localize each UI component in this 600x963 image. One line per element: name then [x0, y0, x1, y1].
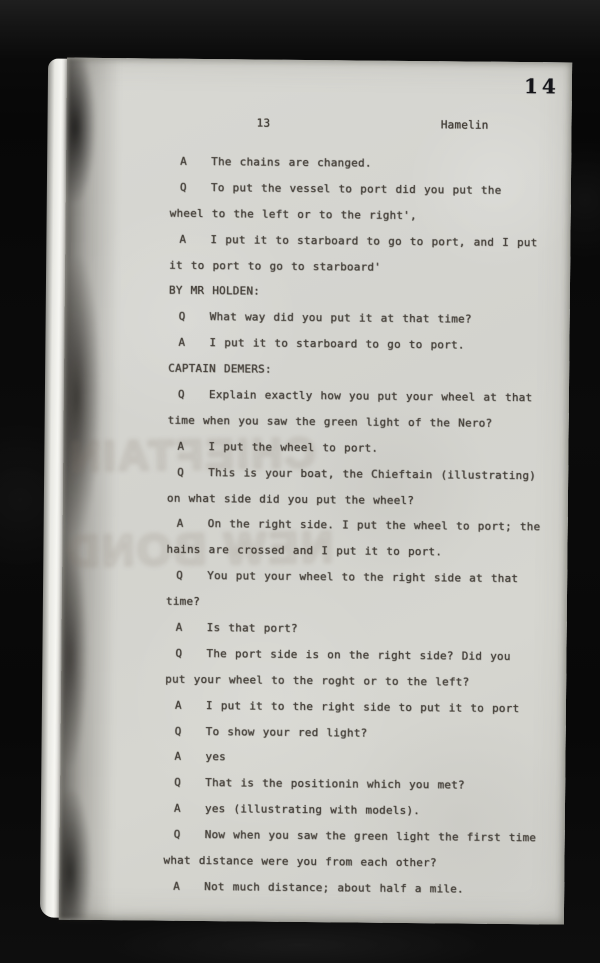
transcript-line: what distance were you from each other? [163, 848, 553, 878]
transcript-line: AI put the wheel to port. [167, 433, 557, 463]
transcript-line: QNow when you saw the green light the fi… [164, 822, 554, 852]
transcript-line: time when you saw the green light of the… [168, 408, 558, 438]
speaker-label: Q [174, 770, 205, 796]
witness-name: Hamelin [441, 118, 489, 131]
line-text: yes (illustrating with models). [205, 802, 420, 817]
speaker-label: Q [176, 563, 207, 589]
line-text: I put the wheel to port. [208, 440, 378, 455]
line-text: I put it to starboard to go to port, and… [210, 233, 537, 249]
line-text: I put it to the right side to put it to … [206, 699, 520, 715]
speaker-label: Q [175, 718, 206, 744]
line-text: Is that port? [207, 621, 298, 635]
line-text: What way did you put it at that time? [210, 310, 472, 326]
transcript-line: QThe port side is on the right side? Did… [165, 641, 555, 671]
speaker-label: A [174, 744, 205, 770]
transcript-line: time? [166, 589, 556, 619]
transcript-line: hains are crossed and I put it to port. [166, 537, 556, 567]
speaker-label: A [179, 226, 210, 252]
line-text: Now when you saw the green light the fir… [205, 828, 537, 844]
line-text: This is your boat, the Chieftain (illust… [208, 466, 536, 482]
line-text: You put your wheel to the right side at … [207, 569, 518, 585]
transcript-line: QThat is the positionin which you met? [164, 770, 554, 800]
transcript-line: QExplain exactly how you put your wheel … [168, 382, 558, 412]
line-text: wheel to the left or to the right', [170, 206, 417, 221]
transcript-line: QYou put your wheel to the right side at… [166, 563, 556, 593]
scan-page: CHIEFTAIN NEW BOND 14 13 Hamelin AThe ch… [40, 58, 572, 925]
transcript-line: QTo show your red light? [165, 718, 555, 748]
line-text: To show your red light? [206, 725, 368, 740]
line-text: The port side is on the right side? Did … [206, 647, 510, 663]
transcript-line: AI put it to starboard to go to port. [168, 330, 558, 360]
gutter-shadow [59, 58, 121, 920]
line-text: BY MR HOLDEN: [169, 284, 260, 298]
transcript-line: AOn the right side. I put the wheel to p… [167, 511, 557, 541]
line-text: time when you saw the green light of the… [168, 414, 493, 430]
transcript-line: AI put it to starboard to go to port, an… [169, 226, 559, 256]
speaker-label: A [180, 149, 211, 175]
speaker-label: Q [180, 175, 211, 201]
speaker-label: A [177, 511, 208, 537]
examiner-heading: CAPTAIN DEMERS: [168, 356, 558, 386]
line-text: hains are crossed and I put it to port. [166, 543, 442, 559]
transcript-line: AThe chains are changed. [170, 149, 560, 179]
transcript-line: AI put it to the right side to put it to… [165, 692, 555, 722]
line-text: CAPTAIN DEMERS: [168, 362, 272, 376]
transcript-line: Ayes [164, 744, 554, 774]
speaker-label: A [173, 874, 204, 900]
transcript-line: QThis is your boat, the Chieftain (illus… [167, 459, 557, 489]
examiner-heading: BY MR HOLDEN: [169, 278, 559, 308]
transcript-line: on what side did you put the wheel? [167, 485, 557, 515]
speaker-label: Q [175, 641, 206, 667]
page-number-stamp: 14 [524, 74, 560, 98]
speaker-label: A [175, 692, 206, 718]
transcript-line: wheel to the left or to the right', [170, 200, 560, 230]
line-text: That is the positionin which you met? [205, 776, 465, 791]
line-text: Explain exactly how you put your wheel a… [209, 388, 533, 404]
transcript-line: ANot much distance; about half a mile. [163, 874, 553, 904]
line-text: To put the vessel to port did you put th… [211, 181, 502, 197]
transcript-line: QTo put the vessel to port did you put t… [170, 175, 560, 205]
line-text: on what side did you put the wheel? [167, 491, 414, 506]
transcript-page-number: 13 [256, 117, 270, 130]
line-text: it to port to go to starboard' [169, 258, 381, 273]
speaker-label: A [174, 796, 205, 822]
page-header: 13 Hamelin [170, 116, 518, 132]
transcript-line: AIs that port? [166, 615, 556, 645]
speaker-label: Q [179, 304, 210, 330]
line-text: Not much distance; about half a mile. [204, 880, 464, 895]
line-text: On the right side. I put the wheel to po… [208, 518, 541, 534]
line-text: put your wheel to the roght or to the le… [165, 672, 469, 688]
speaker-label: A [178, 330, 209, 356]
transcript-line: it to port to go to starboard' [169, 252, 559, 282]
speaker-label: Q [178, 382, 209, 408]
transcript-line: Ayes (illustrating with models). [164, 796, 554, 826]
speaker-label: A [177, 434, 208, 460]
speaker-label: Q [177, 459, 208, 485]
line-text: I put it to starboard to go to port. [209, 336, 464, 351]
speaker-label: Q [174, 822, 205, 848]
transcript-line: QWhat way did you put it at that time? [169, 304, 559, 334]
line-text: yes [205, 751, 226, 764]
transcript: AThe chains are changed. QTo put the ves… [163, 149, 560, 904]
line-text: The chains are changed. [211, 155, 372, 170]
document-page: CHIEFTAIN NEW BOND 14 13 Hamelin AThe ch… [59, 58, 572, 925]
transcript-line: put your wheel to the roght or to the le… [165, 666, 555, 696]
line-text: what distance were you from each other? [163, 854, 436, 870]
scanned-document-photo: { "page": { "stamp_number": "14" }, "hea… [0, 0, 600, 963]
line-text: time? [166, 595, 200, 608]
speaker-label: A [176, 615, 207, 641]
